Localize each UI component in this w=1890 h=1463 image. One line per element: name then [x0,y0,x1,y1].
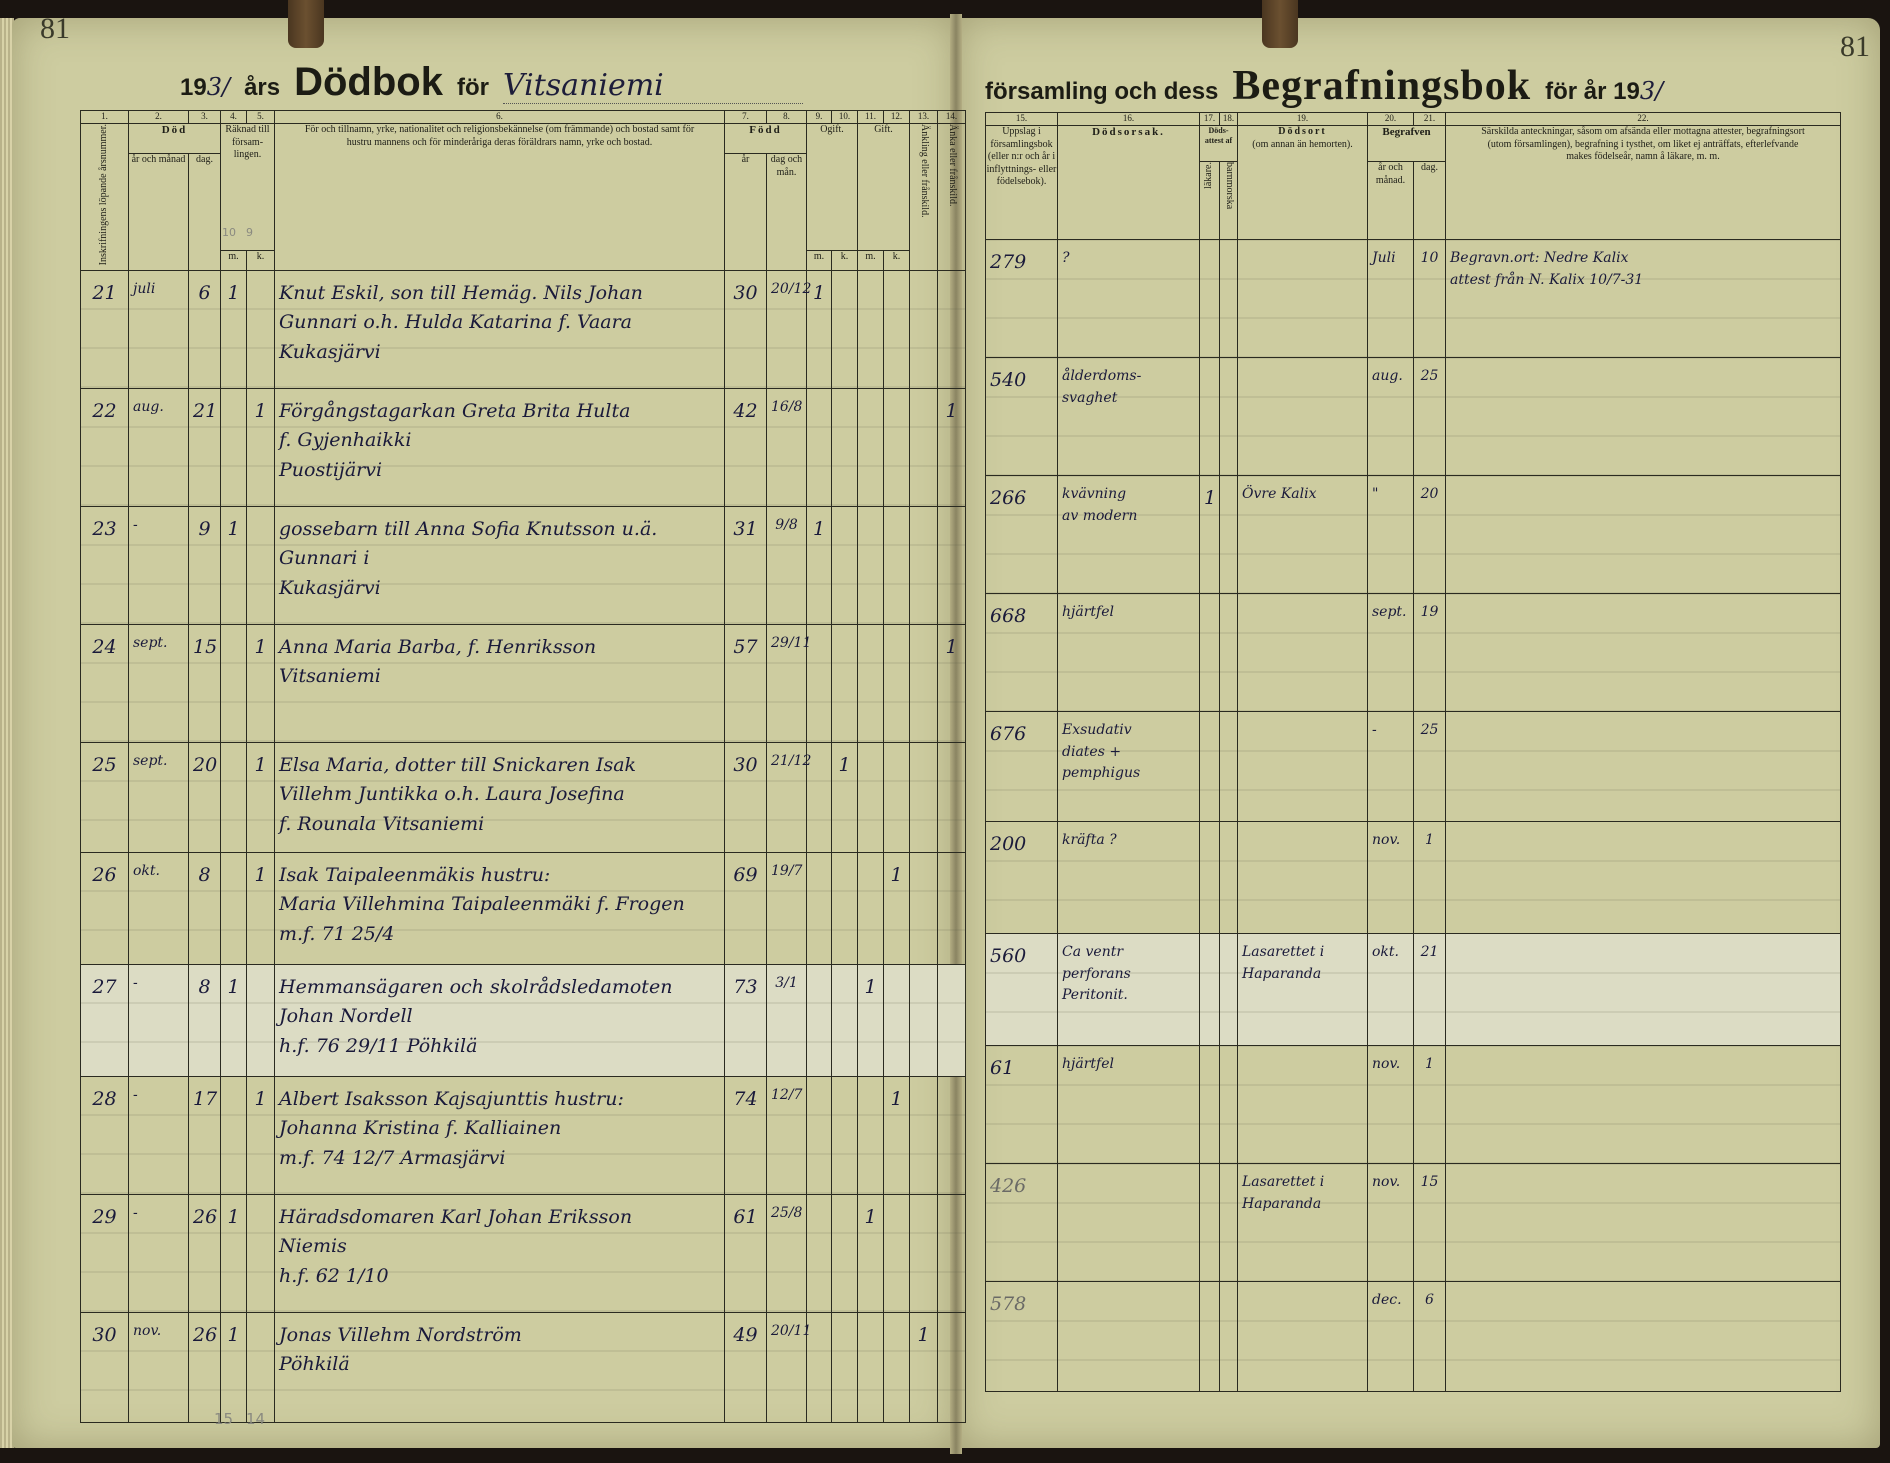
death-day: 15 [189,624,221,742]
cause-of-death-line: ? [1062,248,1195,270]
married-female: 1 [884,852,910,964]
widow [938,852,966,964]
special-notes [1446,822,1841,934]
header-namn-yrke: För och tillnamn, yrke, nationalitet och… [275,124,725,271]
left-page-title: 193/ års Dödbok för Vitsaniemi [180,60,803,105]
death-day: 17 [189,1076,221,1194]
place-of-death: Övre Kalix [1238,476,1368,594]
cause-of-death [1058,1164,1200,1282]
count-male [221,742,247,852]
header-dodsorsak: Dödsorsak. [1058,126,1200,240]
certified-by-doctor [1200,712,1220,822]
header-gift-k: k. [884,250,910,270]
header-begrafven-dag: dag. [1414,162,1446,240]
place-of-death [1238,822,1368,934]
burial-month: okt. [1368,934,1414,1046]
married-male [858,388,884,506]
birth-day-month: 21/12 [767,742,807,852]
burial-entry-row: 200kräfta ?nov.1 [986,822,1841,934]
special-notes [1446,358,1841,476]
burial-day: 1 [1414,822,1446,934]
birth-day-month: 19/7 [767,852,807,964]
colnum-21: 21. [1414,113,1446,126]
count-male [221,388,247,506]
header-row-right-1: Uppslag i församlingsbok (eller n:r och … [986,126,1841,162]
name-occupation-residence-line: Johan Nordell [279,1002,720,1031]
certified-by-midwife [1220,240,1238,358]
burial-month: nov. [1368,1046,1414,1164]
count-female: 1 [247,388,275,506]
colnum-16: 16. [1058,113,1200,126]
certified-by-doctor [1200,1282,1220,1392]
unmarried-female [832,1076,858,1194]
bookmark-ribbon-right [1262,0,1298,48]
burial-entry-row: 668hjärtfelsept.19 [986,594,1841,712]
colnum-7: 7. [725,111,767,124]
death-entry-row: 26okt.81Isak Taipaleenmäkis hustru:Maria… [81,852,966,964]
entry-number: 30 [81,1312,129,1422]
cause-of-death: ålderdoms-svaghet [1058,358,1200,476]
burial-entry-row: 560Ca ventrperforansPeritonit.Lasarettet… [986,934,1841,1046]
entry-number: 21 [81,270,129,388]
header-begrafven: Begrafven [1368,126,1446,162]
entry-number: 26 [81,852,129,964]
birth-year: 30 [725,270,767,388]
cause-of-death: hjärtfel [1058,1046,1200,1164]
header-dag: dag. [189,154,221,271]
burial-register-table: 15. 16. 17. 18. 19. 20. 21. 22. Uppslag … [985,112,1841,1392]
pencil-mark-k-total: 14 [246,1410,265,1428]
place-of-death-line: Haparanda [1242,964,1363,986]
colnum-13: 13. [910,111,938,124]
unmarried-male: 1 [807,506,832,624]
colnum-10: 10. [832,111,858,124]
colnum-14: 14. [938,111,966,124]
birth-day-month: 16/8 [767,388,807,506]
widow: 1 [938,388,966,506]
unmarried-female [832,1312,858,1422]
widower [910,624,938,742]
widow [938,742,966,852]
count-female [247,1194,275,1312]
entry-number: 29 [81,1194,129,1312]
married-female [884,270,910,388]
cause-of-death: Ca ventrperforansPeritonit. [1058,934,1200,1046]
colnum-15: 15. [986,113,1058,126]
burial-day: 25 [1414,358,1446,476]
name-occupation-residence: Jonas Villehm NordströmPöhkilä [275,1312,725,1422]
certified-by-doctor [1200,240,1220,358]
name-occupation-residence: Knut Eskil, son till Hemäg. Nils JohanGu… [275,270,725,388]
place-of-death [1238,594,1368,712]
certified-by-midwife [1220,1046,1238,1164]
count-female: 1 [247,742,275,852]
widower [910,1076,938,1194]
burial-register-rows: 279?Juli10Begravn.ort: Nedre Kalixattest… [986,240,1841,1392]
widower [910,852,938,964]
name-occupation-residence: Albert Isaksson Kajsajunttis hustru:Joha… [275,1076,725,1194]
certified-by-midwife [1220,1164,1238,1282]
birth-day-month: 3/1 [767,964,807,1076]
unmarried-male [807,388,832,506]
married-female: 1 [884,1076,910,1194]
header-dodsort: Dödsort(om annan än hemorten). [1238,126,1368,240]
certified-by-midwife [1220,476,1238,594]
special-notes [1446,934,1841,1046]
cause-of-death: kräfta ? [1058,822,1200,934]
death-entry-row: 24sept.151Anna Maria Barba, f. Henriksso… [81,624,966,742]
cause-of-death-line: hjärtfel [1062,602,1195,624]
special-notes [1446,594,1841,712]
widower [910,742,938,852]
burial-day: 21 [1414,934,1446,1046]
cause-of-death-line: perforans [1062,964,1195,986]
married-male [858,852,884,964]
entry-number: 28 [81,1076,129,1194]
cause-of-death: kvävningav modern [1058,476,1200,594]
certified-by-midwife [1220,594,1238,712]
place-of-death [1238,358,1368,476]
unmarried-female [832,1194,858,1312]
name-occupation-residence-line: Häradsdomaren Karl Johan Eriksson [279,1203,720,1232]
cause-of-death-line: Peritonit. [1062,985,1195,1007]
entry-number: 27 [81,964,129,1076]
count-male: 1 [221,1194,247,1312]
title-for: för [457,74,489,102]
cause-of-death: Exsudativdiates +pemphigus [1058,712,1200,822]
widower: 1 [910,1312,938,1422]
birth-day-month: 20/12 [767,270,807,388]
left-page-number: 81 [40,12,70,46]
unmarried-female [832,506,858,624]
header-barnmorska: barnmorska [1220,162,1238,240]
death-day: 9 [189,506,221,624]
header-ogift-k: k. [832,250,858,270]
certified-by-midwife [1220,934,1238,1046]
special-notes [1446,1046,1841,1164]
name-occupation-residence-line: Hemmansägaren och skolrådsledamoten [279,973,720,1002]
birth-year: 69 [725,852,767,964]
death-day: 21 [189,388,221,506]
death-register-rows: 21juli61Knut Eskil, son till Hemäg. Nils… [81,270,966,1422]
special-notes-line: Begravn.ort: Nedre Kalix [1450,248,1836,270]
title-begrafningsbok: Begrafningsbok [1232,62,1531,110]
widower [910,270,938,388]
name-occupation-residence-line: h.f. 76 29/11 Pöhkilä [279,1032,720,1061]
burial-month: dec. [1368,1282,1414,1392]
header-ankling: Änkling eller frånskild. [910,124,938,271]
death-day: 26 [189,1194,221,1312]
special-notes: Begravn.ort: Nedre Kalixattest från N. K… [1446,240,1841,358]
name-occupation-residence-line: Puostijärvi [279,456,720,485]
cause-of-death-line: kräfta ? [1062,830,1195,852]
entry-number: 25 [81,742,129,852]
header-sarskilda-anteckningar: Särskilda anteckningar, såsom om afsända… [1446,126,1841,240]
name-occupation-residence-line: Kukasjärvi [279,338,720,367]
burial-month: nov. [1368,822,1414,934]
name-occupation-residence-line: gossebarn till Anna Sofia Knutsson u.ä. [279,515,720,544]
unmarried-female [832,270,858,388]
death-entry-row: 22aug.211Förgångstagarkan Greta Brita Hu… [81,388,966,506]
unmarried-male [807,1194,832,1312]
bookmark-ribbon-left [288,0,324,48]
death-day: 26 [189,1312,221,1422]
name-occupation-residence: Förgångstagarkan Greta Brita Hultaf. Gyj… [275,388,725,506]
title-for-ar: för år 19 [1545,78,1640,105]
title-year-prefix: 19 [180,74,207,101]
burial-entry-row: 266kvävningav modern1Övre Kalix"20 [986,476,1841,594]
parish-book-reference: 578 [986,1282,1058,1392]
name-occupation-residence: Isak Taipaleenmäkis hustru:Maria Villehm… [275,852,725,964]
death-month: sept. [129,742,189,852]
widower [910,388,938,506]
death-day: 8 [189,852,221,964]
header-fodd-ar: år [725,154,767,271]
certified-by-midwife [1220,712,1238,822]
widow [938,506,966,624]
colnum-17: 17. [1200,113,1220,126]
name-occupation-residence-line: Anna Maria Barba, f. Henriksson [279,633,720,662]
name-occupation-residence-line: f. Rounala Vitsaniemi [279,810,720,839]
place-of-death-line: Lasarettet i [1242,942,1363,964]
birth-year: 57 [725,624,767,742]
death-month: - [129,1194,189,1312]
header-m: m. [221,250,247,270]
burial-entry-row: 279?Juli10Begravn.ort: Nedre Kalixattest… [986,240,1841,358]
burial-entry-row: 578dec.6 [986,1282,1841,1392]
parish-book-reference: 279 [986,240,1058,358]
header-dodsattest: Döds-attest af [1200,126,1238,162]
burial-month: aug. [1368,358,1414,476]
header-fodd: Född [725,124,807,154]
death-month: nov. [129,1312,189,1422]
certified-by-doctor [1200,1164,1220,1282]
married-male [858,742,884,852]
widower [910,506,938,624]
married-female [884,388,910,506]
name-occupation-residence-line: Villehm Juntikka o.h. Laura Josefina [279,780,720,809]
place-of-death-line: Lasarettet i [1242,1172,1363,1194]
certified-by-doctor [1200,934,1220,1046]
burial-day: 10 [1414,240,1446,358]
header-fodd-dag-man: dag och mån. [767,154,807,271]
death-entry-row: 28-171Albert Isaksson Kajsajunttis hustr… [81,1076,966,1194]
widower [910,964,938,1076]
open-ledger-book: 81 81 193/ års Dödbok för Vitsaniemi för… [0,0,1890,1463]
death-day: 6 [189,270,221,388]
death-month: aug. [129,388,189,506]
unmarried-female [832,388,858,506]
colnum-11: 11. [858,111,884,124]
header-begrafven-ar-manad: år och månad. [1368,162,1414,240]
colnum-12: 12. [884,111,910,124]
unmarried-male [807,964,832,1076]
count-female: 1 [247,1076,275,1194]
place-of-death-line: Övre Kalix [1242,484,1363,506]
death-entry-row: 27-81Hemmansägaren och skolrådsledamoten… [81,964,966,1076]
name-occupation-residence: Anna Maria Barba, f. HenrikssonVitsaniem… [275,624,725,742]
widow [938,1076,966,1194]
certified-by-midwife [1220,822,1238,934]
title-dodbok: Dödbok [294,60,443,105]
cause-of-death-line: av modern [1062,506,1195,528]
death-month: sept. [129,624,189,742]
death-day: 8 [189,964,221,1076]
column-number-row-right: 15. 16. 17. 18. 19. 20. 21. 22. [986,113,1841,126]
right-page-number: 81 [1840,30,1870,64]
parish-book-reference: 540 [986,358,1058,476]
count-female: 1 [247,624,275,742]
count-male: 1 [221,964,247,1076]
certified-by-midwife [1220,358,1238,476]
death-month: juli [129,270,189,388]
married-female [884,742,910,852]
birth-year: 49 [725,1312,767,1422]
name-occupation-residence-line: Kukasjärvi [279,574,720,603]
death-month: - [129,506,189,624]
birth-year: 74 [725,1076,767,1194]
birth-year: 31 [725,506,767,624]
count-female [247,270,275,388]
entry-number: 22 [81,388,129,506]
special-notes-line: attest från N. Kalix 10/7-31 [1450,270,1836,292]
count-female [247,506,275,624]
name-occupation-residence-line: Isak Taipaleenmäkis hustru: [279,861,720,890]
death-register-table: 1. 2. 3. 4. 5. 6. 7. 8. 9. 10. 11. 12. 1… [80,110,966,1423]
burial-entry-row: 61hjärtfelnov.1 [986,1046,1841,1164]
colnum-20: 20. [1368,113,1414,126]
birth-year: 30 [725,742,767,852]
cause-of-death: ? [1058,240,1200,358]
title-ars: års [244,74,280,102]
count-male [221,624,247,742]
burial-entry-row: 426Lasarettet iHaparandanov.15 [986,1164,1841,1282]
header-uppslag: Uppslag i församlingsbok (eller n:r och … [986,126,1058,240]
burial-day: 6 [1414,1282,1446,1392]
place-of-death-line: Haparanda [1242,1194,1363,1216]
burial-entry-row: 676Exsudativdiates +pemphigus-25 [986,712,1841,822]
birth-day-month: 20/11 [767,1312,807,1422]
header-ar-och-manad: år och månad [129,154,189,271]
birth-day-month: 25/8 [767,1194,807,1312]
unmarried-male [807,852,832,964]
burial-month: sept. [1368,594,1414,712]
name-occupation-residence-line: Niemis [279,1232,720,1261]
widower [910,1194,938,1312]
pencil-mark-k-top: 9 [246,226,253,239]
death-day: 20 [189,742,221,852]
header-row-1: Inskrifningens löpande årsnummer. Död Rä… [81,124,966,154]
widow [938,270,966,388]
count-male: 1 [221,1312,247,1422]
header-gift: Gift. [858,124,910,251]
special-notes [1446,712,1841,822]
name-occupation-residence-line: Johanna Kristina f. Kalliainen [279,1114,720,1143]
name-occupation-residence-line: Albert Isaksson Kajsajunttis hustru: [279,1085,720,1114]
entry-number: 24 [81,624,129,742]
column-number-row: 1. 2. 3. 4. 5. 6. 7. 8. 9. 10. 11. 12. 1… [81,111,966,124]
parish-book-reference: 426 [986,1164,1058,1282]
certified-by-doctor [1200,594,1220,712]
cause-of-death-line: Ca ventr [1062,942,1195,964]
name-occupation-residence-line: Pöhkilä [279,1350,720,1379]
header-dod: Död [129,124,221,154]
certified-by-doctor [1200,1046,1220,1164]
burial-day: 15 [1414,1164,1446,1282]
pencil-mark-m-total: 15 [214,1410,233,1428]
place-of-death [1238,1282,1368,1392]
colnum-3: 3. [189,111,221,124]
place-of-death: Lasarettet iHaparanda [1238,1164,1368,1282]
cause-of-death-line: pemphigus [1062,763,1195,785]
cause-of-death-line: ålderdoms- [1062,366,1195,388]
cause-of-death-line: Exsudativ [1062,720,1195,742]
burial-day: 20 [1414,476,1446,594]
cause-of-death-line: hjärtfel [1062,1054,1195,1076]
colnum-18: 18. [1220,113,1238,126]
married-male [858,1312,884,1422]
burial-month: Juli [1368,240,1414,358]
name-occupation-residence-line: m.f. 74 12/7 Armasjärvi [279,1144,720,1173]
name-occupation-residence-line: Jonas Villehm Nordström [279,1321,720,1350]
header-arsnummer: Inskrifningens löpande årsnummer. [81,124,129,271]
death-month: - [129,1076,189,1194]
name-occupation-residence: Hemmansägaren och skolrådsledamotenJohan… [275,964,725,1076]
death-entry-row: 21juli61Knut Eskil, son till Hemäg. Nils… [81,270,966,388]
cause-of-death-line: svaghet [1062,388,1195,410]
name-occupation-residence-line: h.f. 62 1/10 [279,1262,720,1291]
title-forsamling: församling och dess [985,78,1218,106]
death-entry-row: 25sept.201Elsa Maria, dotter till Snicka… [81,742,966,852]
count-male [221,1076,247,1194]
death-entry-row: 30nov.261Jonas Villehm NordströmPöhkilä4… [81,1312,966,1422]
birth-year: 42 [725,388,767,506]
birth-year: 61 [725,1194,767,1312]
count-female [247,964,275,1076]
certified-by-doctor [1200,358,1220,476]
parish-book-reference: 200 [986,822,1058,934]
colnum-4: 4. [221,111,247,124]
married-male [858,624,884,742]
name-occupation-residence-line: m.f. 71 25/4 [279,920,720,949]
header-ogift-m: m. [807,250,832,270]
colnum-1: 1. [81,111,129,124]
widow [938,1312,966,1422]
married-male [858,1076,884,1194]
unmarried-female: 1 [832,742,858,852]
unmarried-male [807,1076,832,1194]
married-female [884,1312,910,1422]
death-entry-row: 23-91gossebarn till Anna Sofia Knutsson … [81,506,966,624]
cause-of-death-line: kvävning [1062,484,1195,506]
birth-year: 73 [725,964,767,1076]
count-male: 1 [221,270,247,388]
birth-day-month: 29/11 [767,624,807,742]
colnum-9: 9. [807,111,832,124]
parish-book-reference: 61 [986,1046,1058,1164]
married-male: 1 [858,1194,884,1312]
title-parish-handwritten: Vitsaniemi [503,68,803,104]
pencil-mark-m-top: 10 [222,226,236,239]
married-male [858,270,884,388]
unmarried-female [832,624,858,742]
cause-of-death [1058,1282,1200,1392]
married-female [884,624,910,742]
married-female [884,964,910,1076]
death-month: - [129,964,189,1076]
widow: 1 [938,624,966,742]
colnum-22: 22. [1446,113,1841,126]
